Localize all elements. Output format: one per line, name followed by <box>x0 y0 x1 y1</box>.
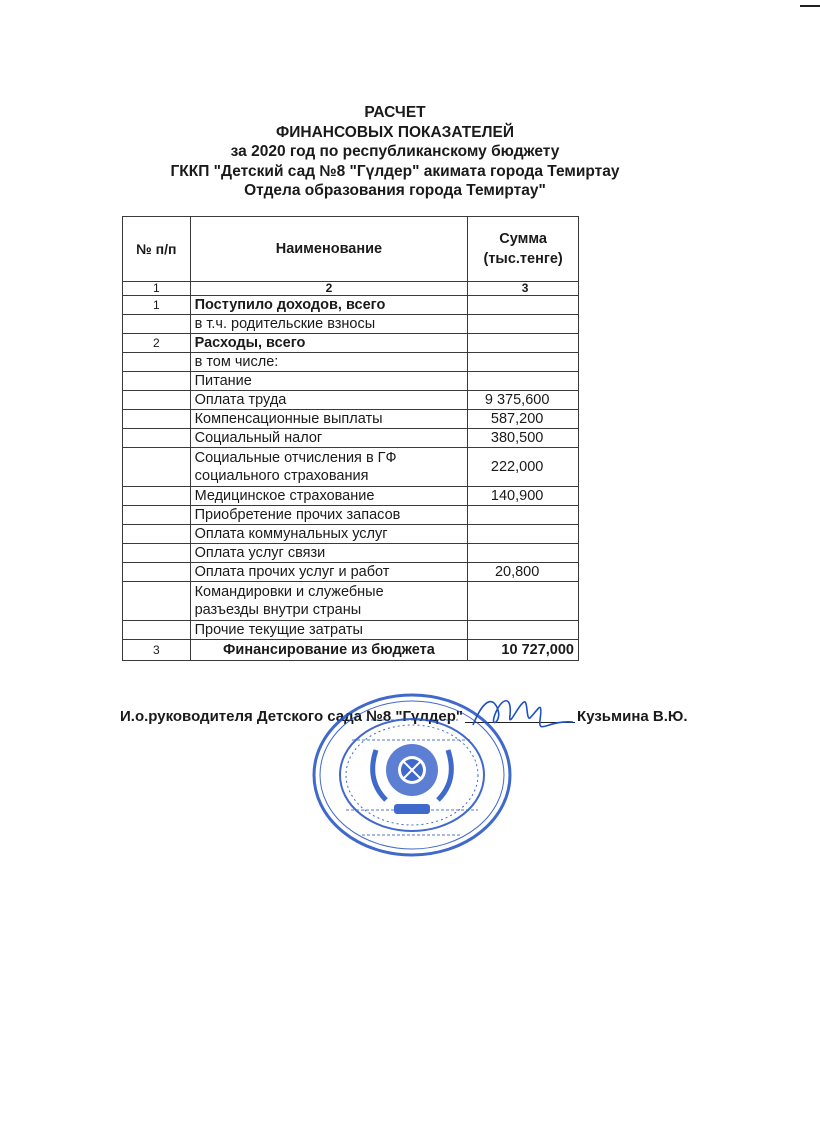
row-name: Медицинское страхование <box>190 487 468 506</box>
row-name: Командировки и служебные разъезды внутри… <box>190 582 468 621</box>
row-num <box>123 487 191 506</box>
row-name-line1: Социальные отчисления в ГФ <box>195 450 397 466</box>
colnum-1: 1 <box>123 282 191 296</box>
row-num: 2 <box>123 334 191 353</box>
row-num <box>123 391 191 410</box>
row-sum <box>468 544 579 563</box>
row-sum <box>468 296 579 315</box>
table-row: 1 Поступило доходов, всего <box>123 296 579 315</box>
column-number-row: 1 2 3 <box>123 282 579 296</box>
row-num <box>123 429 191 448</box>
row-num <box>123 315 191 334</box>
total-name: Финансирование из бюджета <box>190 640 468 661</box>
header-sum: Сумма (тыс.тенге) <box>468 217 579 282</box>
table-row: Питание <box>123 372 579 391</box>
signatory-name: Кузьмина В.Ю. <box>577 708 688 725</box>
table-row: в том числе: <box>123 353 579 372</box>
title-line-5: Отдела образования города Темиртау" <box>30 181 760 201</box>
row-num <box>123 448 191 487</box>
row-sum <box>468 315 579 334</box>
row-name: Оплата коммунальных услуг <box>190 525 468 544</box>
document-title: РАСЧЕТ ФИНАНСОВЫХ ПОКАЗАТЕЛЕЙ за 2020 го… <box>0 103 760 201</box>
row-num <box>123 525 191 544</box>
title-line-2: ФИНАНСОВЫХ ПОКАЗАТЕЛЕЙ <box>30 123 760 143</box>
row-name-line1: Командировки и служебные <box>195 584 384 600</box>
table-row: Компенсационные выплаты 587,200 <box>123 410 579 429</box>
row-num <box>123 506 191 525</box>
row-name: Оплата труда <box>190 391 468 410</box>
row-name: Оплата прочих услуг и работ <box>190 563 468 582</box>
table-row: Оплата труда 9 375,600 <box>123 391 579 410</box>
row-name: Социальный налог <box>190 429 468 448</box>
title-line-4: ГККП "Детский сад №8 "Гүлдер" акимата го… <box>30 162 760 182</box>
table-row: в т.ч. родительские взносы <box>123 315 579 334</box>
row-sum: 20,800 <box>468 563 579 582</box>
row-sum <box>468 582 579 621</box>
row-sum: 140,900 <box>468 487 579 506</box>
table-row: 2 Расходы, всего <box>123 334 579 353</box>
header-name: Наименование <box>190 217 468 282</box>
title-line-1: РАСЧЕТ <box>30 103 760 123</box>
total-row: 3 Финансирование из бюджета 10 727,000 <box>123 640 579 661</box>
table-row: Социальные отчисления в ГФ социального с… <box>123 448 579 487</box>
row-num <box>123 563 191 582</box>
row-sum: 587,200 <box>468 410 579 429</box>
table-row: Оплата коммунальных услуг <box>123 525 579 544</box>
table-row: Оплата прочих услуг и работ 20,800 <box>123 563 579 582</box>
row-num <box>123 621 191 640</box>
row-num <box>123 544 191 563</box>
row-num <box>123 410 191 429</box>
row-sum <box>468 334 579 353</box>
row-sum: 9 375,600 <box>468 391 579 410</box>
row-name: в т.ч. родительские взносы <box>190 315 468 334</box>
table-row: Командировки и служебные разъезды внутри… <box>123 582 579 621</box>
financial-table: № п/п Наименование Сумма (тыс.тенге) 1 2… <box>122 216 579 661</box>
row-sum <box>468 372 579 391</box>
row-sum: 222,000 <box>468 448 579 487</box>
total-num: 3 <box>123 640 191 661</box>
row-name-line2: социального страхования <box>195 468 369 484</box>
table-row: Прочие текущие затраты <box>123 621 579 640</box>
row-num <box>123 582 191 621</box>
table-header-row: № п/п Наименование Сумма (тыс.тенге) <box>123 217 579 282</box>
row-sum <box>468 525 579 544</box>
row-num <box>123 353 191 372</box>
row-name: Поступило доходов, всего <box>190 296 468 315</box>
signature-icon <box>468 690 578 740</box>
header-sum-line2: (тыс.тенге) <box>484 251 563 267</box>
row-num <box>123 372 191 391</box>
row-sum <box>468 353 579 372</box>
row-name: Прочие текущие затраты <box>190 621 468 640</box>
header-sum-line1: Сумма <box>499 231 547 247</box>
row-name: Оплата услуг связи <box>190 544 468 563</box>
total-sum: 10 727,000 <box>468 640 579 661</box>
row-sum <box>468 621 579 640</box>
row-name: Приобретение прочих запасов <box>190 506 468 525</box>
table-row: Приобретение прочих запасов <box>123 506 579 525</box>
row-name: Компенсационные выплаты <box>190 410 468 429</box>
table-row: Медицинское страхование 140,900 <box>123 487 579 506</box>
row-name: Социальные отчисления в ГФ социального с… <box>190 448 468 487</box>
row-sum: 380,500 <box>468 429 579 448</box>
row-name: Расходы, всего <box>190 334 468 353</box>
row-name: в том числе: <box>190 353 468 372</box>
row-num: 1 <box>123 296 191 315</box>
table-row: Оплата услуг связи <box>123 544 579 563</box>
title-line-3: за 2020 год по республиканскому бюджету <box>30 142 760 162</box>
colnum-2: 2 <box>190 282 468 296</box>
table-row: Социальный налог 380,500 <box>123 429 579 448</box>
row-name-line2: разъезды внутри страны <box>195 602 362 618</box>
colnum-3: 3 <box>468 282 579 296</box>
corner-mark <box>800 5 820 7</box>
row-sum <box>468 506 579 525</box>
row-name: Питание <box>190 372 468 391</box>
header-num: № п/п <box>123 217 191 282</box>
